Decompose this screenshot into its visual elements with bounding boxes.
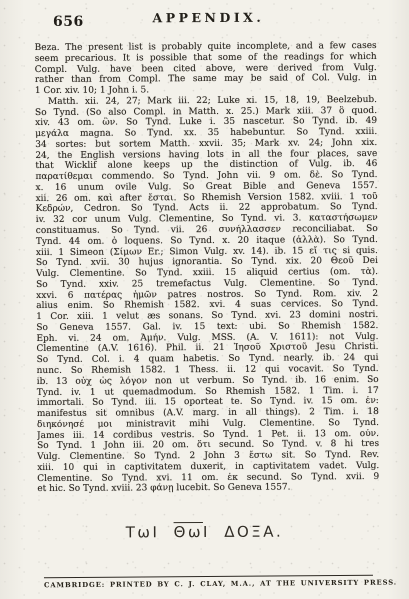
- text-line: rather than from Compl. The same may be …: [35, 73, 377, 86]
- printer-imprint-footer: CAMBRIDGE: PRINTED BY C. J. CLAY, M.A., …: [44, 575, 373, 590]
- book-page: 656 APPENDIX. Beza. The present list is …: [0, 0, 409, 599]
- printer-imprint-text: CAMBRIDGE: PRINTED BY C. J. CLAY, M.A., …: [44, 579, 397, 590]
- page-title: APPENDIX.: [152, 10, 264, 26]
- body-text: Beza. The present list is probably quite…: [35, 41, 380, 495]
- page-number: 656: [53, 14, 84, 30]
- doxology-first-word: ΤωΙ: [126, 523, 174, 541]
- doxology-rest: Ι ΔΟΞΑ.: [203, 523, 283, 541]
- greek-doxology: ΤωΙ ΘωΙ ΔΟΞΑ.: [0, 522, 409, 542]
- text-line: et hic. So Tynd. xviii. 23 φάνῃ lucebit.…: [37, 482, 379, 495]
- doxology-nomen-sacrum-overline: Θω: [174, 523, 203, 541]
